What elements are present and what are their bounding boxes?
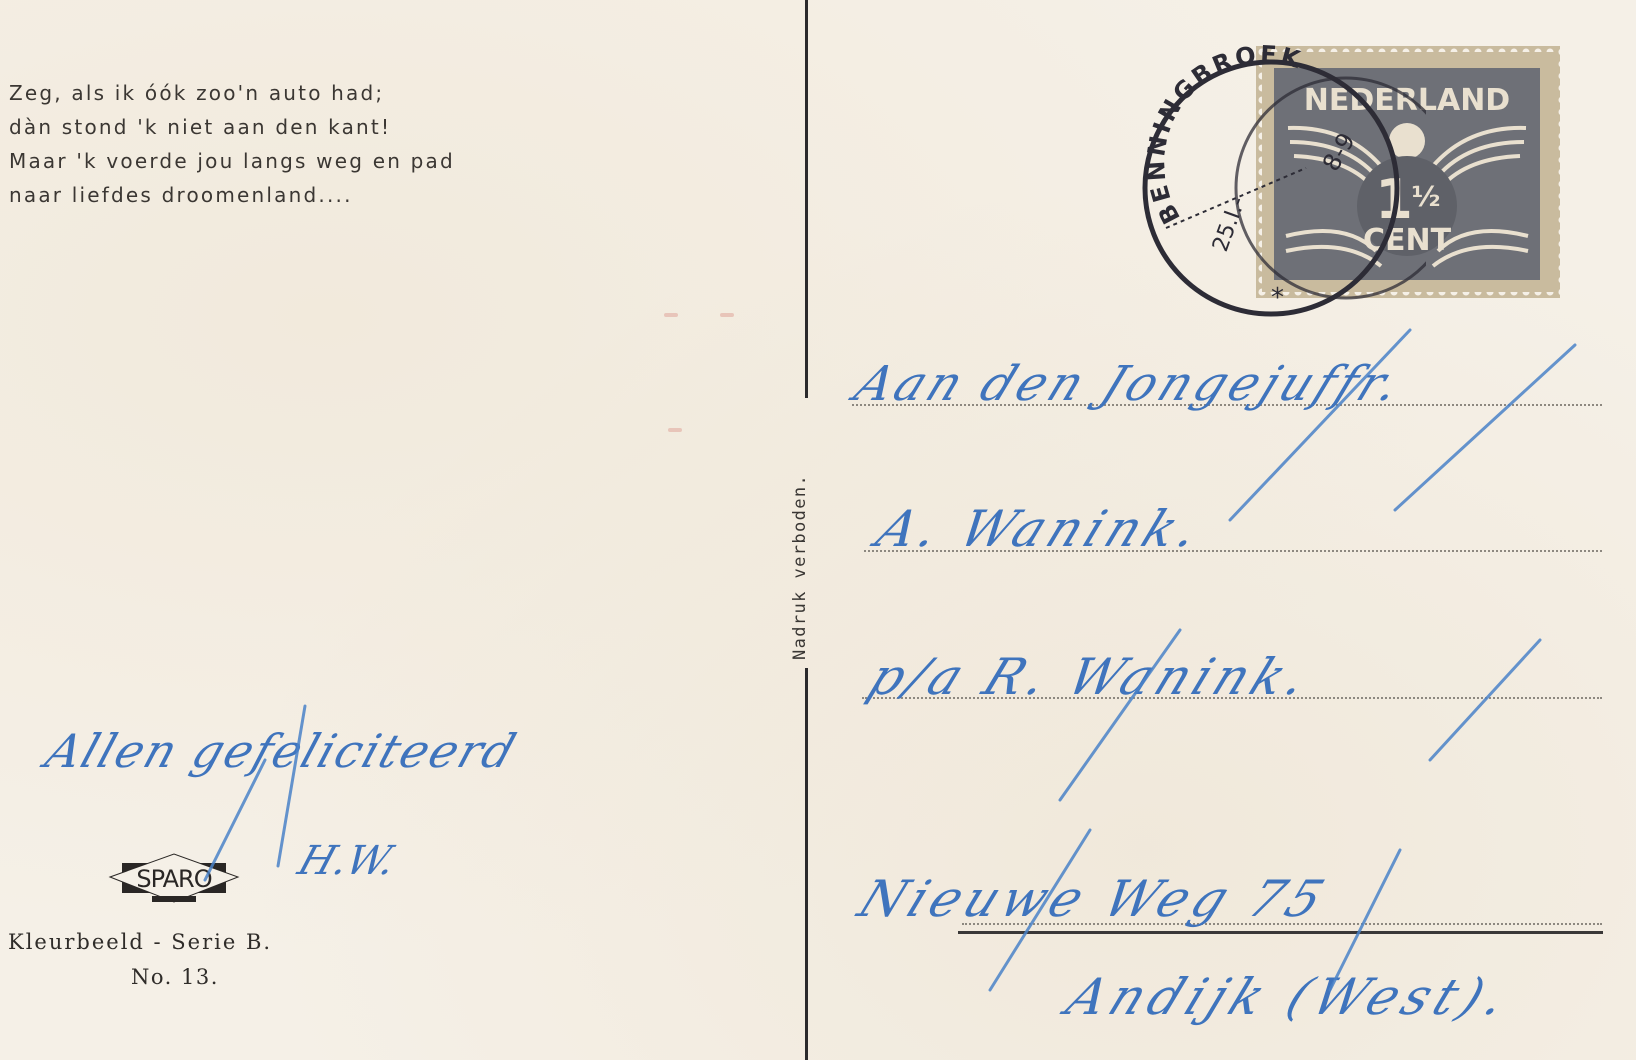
address-line-text-1: Aan den Jongejuffr. <box>847 356 1413 412</box>
vertical-divider-top <box>805 0 808 398</box>
address-line-text-3: p/a R. Wanink. <box>860 648 1321 706</box>
poem-line: Zeg, als ik óók zoo'n auto had; <box>9 76 455 110</box>
paper-smudge <box>720 313 734 317</box>
card-number: No. 13. <box>131 965 219 989</box>
address-line-text-5: Andijk (West). <box>1058 968 1521 1026</box>
svg-text:*: * <box>1271 283 1284 313</box>
svg-text:8-9: 8-9 <box>1317 128 1361 176</box>
sparo-logo-icon: SPARO <box>108 852 240 906</box>
paper-smudge <box>664 313 678 317</box>
svg-text:SPARO: SPARO <box>136 865 211 893</box>
handwritten-signature: H.W. <box>293 838 402 884</box>
handwritten-message: Allen gefeliciteerd <box>39 724 524 778</box>
poem-line: naar liefdes droomenland.... <box>9 178 455 212</box>
paper-smudge <box>668 428 682 432</box>
poem-line: dàn stond 'k niet aan den kant! <box>9 110 455 144</box>
address-line-text-4: Nieuwe Weg 75 <box>850 870 1337 928</box>
address-line-text-2: A. Wanink. <box>868 500 1213 558</box>
postmark-cancel: BENNINGBROEK 25.I.- 8-9 * <box>1136 38 1426 328</box>
svg-text:25.I.-: 25.I.- <box>1208 193 1251 255</box>
address-underline <box>958 931 1603 934</box>
series-label: Kleurbeeld - Serie B. <box>8 930 272 954</box>
vertical-divider-bottom <box>805 668 808 1060</box>
postcard: Zeg, als ik óók zoo'n auto had; dàn ston… <box>0 0 1636 1060</box>
printed-poem: Zeg, als ik óók zoo'n auto had; dàn ston… <box>9 76 455 212</box>
imprint-notice: Nadruk verboden. <box>790 474 810 660</box>
poem-line: Maar 'k voerde jou langs weg en pad <box>9 144 455 178</box>
